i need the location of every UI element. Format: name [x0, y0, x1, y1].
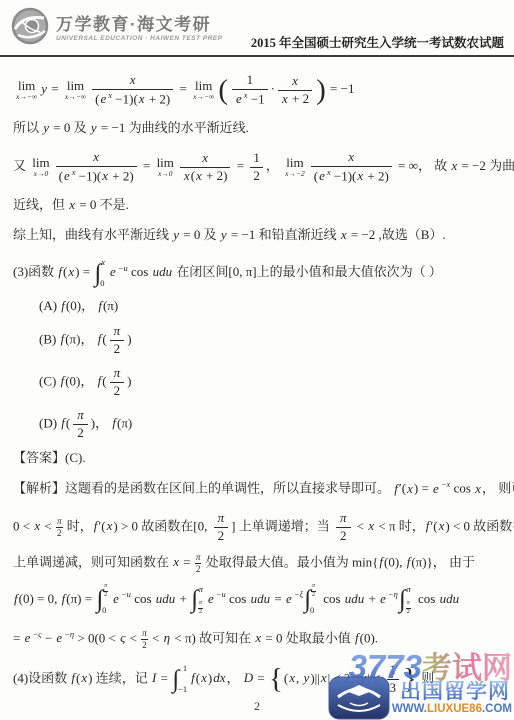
fraction: π2	[214, 511, 229, 544]
fraction: x(ex −1)(x + 2)	[92, 73, 173, 107]
fraction: π2	[73, 408, 88, 441]
text-token: (3)函数	[13, 264, 57, 279]
text-token: (π) =	[66, 591, 95, 606]
fraction-numerator: x	[92, 73, 173, 90]
fraction-numerator: 1	[250, 151, 263, 168]
fraction-denominator: 2	[214, 528, 229, 544]
text-token: ′(	[98, 518, 105, 533]
limit: limx→0	[157, 156, 174, 178]
variable-token: x	[172, 554, 180, 569]
text-token: = 0 及	[180, 227, 220, 242]
small-fraction: π2	[56, 517, 63, 538]
limit-subscript: x→−∞	[16, 93, 37, 101]
integral-upper: π	[198, 584, 204, 595]
variable-token: x	[288, 670, 296, 685]
fraction-numerator: x	[180, 151, 231, 168]
text-token: 近线，但	[13, 197, 68, 212]
page-number: 2	[0, 699, 514, 714]
fraction-denominator: (ex −1)(x + 2)	[56, 167, 137, 184]
text-token: ′(	[399, 481, 406, 496]
limit-word: lim	[32, 156, 49, 169]
fraction-numerator: π	[110, 366, 125, 383]
fraction-denominator: 2	[406, 609, 411, 616]
text-token: = 0 及	[50, 120, 90, 135]
text-token: (0)，	[66, 298, 97, 313]
limit-word: lim	[65, 79, 86, 92]
integral-bounds: ππ2	[197, 584, 204, 616]
text-token: )||	[310, 670, 320, 685]
fraction-numerator: 1	[232, 73, 268, 90]
limit: limx→−∞	[193, 79, 214, 101]
variable-token: x	[254, 630, 262, 645]
variable-token: x	[474, 481, 482, 496]
superscript: −ξ	[294, 589, 303, 599]
fraction: π2	[110, 366, 125, 399]
fraction: x(ex −1)(x + 2)	[311, 150, 392, 184]
fraction-denominator: ex −1	[232, 90, 268, 107]
variable-token: x	[320, 670, 328, 685]
text-token: 0	[100, 278, 104, 288]
fraction: 1ex −1	[232, 73, 268, 107]
superscript: −u	[121, 589, 131, 599]
variable-token: x	[281, 91, 289, 106]
math-line: limx→−∞y = limx→−∞x(ex −1)(x + 2) = limx…	[13, 73, 501, 107]
text-token: | ≤ 2, |	[328, 670, 360, 685]
content-line: 近线，但 x = 0 不是.	[13, 197, 501, 214]
fraction: π2	[336, 511, 351, 544]
text-token: | ≤	[367, 670, 383, 685]
fraction-denominator: (ex −1)(x + 2)	[311, 167, 392, 184]
text-token: = 0 处取最小值	[262, 630, 354, 645]
fraction-denominator: x + 2	[278, 91, 312, 107]
variable-token: π	[217, 510, 226, 525]
text-token: 1	[183, 663, 187, 673]
text-token: 时，	[64, 518, 93, 533]
integral-bounds: x0	[100, 257, 106, 289]
variable-token: x	[291, 73, 299, 88]
text-token: 3	[390, 680, 397, 695]
math-line: 又 limx→0x(ex −1)(x + 2) = limx→0xx(x + 2…	[13, 150, 501, 184]
limit: limx→−2	[285, 156, 305, 178]
variable-token: x	[183, 168, 191, 183]
superscript: −η	[388, 589, 398, 599]
text-token: 2	[218, 528, 225, 543]
text-token: 在闭区间[0, π]上的最小值和最大值依次为（ ）	[173, 264, 442, 279]
variable-token: x	[356, 168, 364, 183]
variable-token: e	[55, 630, 63, 645]
doc-title: 2015 年全国硕士研究生入学统一考试数农试题	[251, 33, 504, 51]
text-token: 又	[13, 158, 29, 173]
fraction-numerator: π	[198, 601, 203, 609]
variable-token: x	[201, 150, 209, 165]
text-token: ， 则可知当	[482, 481, 514, 496]
brand-subtitle: UNIVERSAL EDUCATION · HAIWEN TEST PREP	[56, 35, 222, 42]
text-token: 【解析】这题看的是函数在区间上的单调性，所以直接求导即可。	[13, 481, 393, 496]
text-token: + 2)	[364, 168, 389, 183]
text-token: = −1	[327, 81, 355, 96]
text-token: 2	[77, 425, 84, 440]
text-token: ) < 0 故函数在[	[445, 518, 514, 533]
text-token: (0).	[360, 630, 378, 645]
text-token: =	[254, 670, 268, 685]
integral-lower: 0	[102, 605, 106, 616]
limit-word: lim	[16, 79, 37, 92]
text-token: 1	[253, 150, 260, 165]
integral-lower: 0	[100, 278, 104, 289]
text-token: (π)	[117, 415, 132, 430]
page-header: 万学教育·海文考研 UNIVERSAL EDUCATION · HAIWEN T…	[0, 0, 514, 57]
fraction-denominator: 3	[387, 680, 400, 696]
text-token: ，	[226, 670, 242, 685]
fraction-denominator: 2	[110, 383, 125, 399]
text-token: = −2 为曲线的铅直渐	[458, 158, 514, 173]
text-token: =	[13, 630, 24, 645]
integral-upper: π	[405, 584, 411, 595]
variable-token: η	[163, 630, 171, 645]
text-token: =	[140, 158, 154, 173]
text-token: <	[149, 630, 163, 645]
integral-upper: 1	[183, 663, 187, 674]
variable-token: x	[138, 91, 146, 106]
variable-token: x	[129, 72, 137, 87]
small-fraction: π2	[198, 601, 203, 616]
limit: limx→−∞	[16, 79, 37, 101]
text-token: +	[176, 591, 190, 606]
variable-token: x	[92, 149, 100, 164]
text-token: 处取得最大值。最小值为 min{	[202, 554, 378, 569]
content-line: 0 < x < π2 时，f′(x) > 0 故函数在[0, π2] 上单调递增…	[13, 511, 501, 544]
text-token: (π)}， 由于	[411, 554, 475, 569]
integral-upper: π2	[310, 584, 317, 599]
text-token: + 2)	[109, 168, 134, 183]
variable-token: π	[405, 584, 411, 594]
variable-token: udu	[439, 591, 461, 606]
text-token: ,	[296, 670, 303, 685]
small-fraction: π2	[141, 629, 148, 650]
text-token: =	[271, 591, 285, 606]
variable-token: D	[243, 670, 254, 685]
fraction-denominator: 2	[103, 592, 108, 599]
text-token: (0),	[384, 554, 406, 569]
integral: ∫π20	[304, 584, 319, 616]
text-token: cos	[128, 264, 152, 279]
text-token: (4)设函数	[13, 670, 70, 685]
fraction-numerator: x	[311, 150, 392, 167]
text-token: −1)(	[76, 168, 102, 183]
fraction-numerator: π	[73, 408, 88, 425]
variable-token: x	[406, 481, 414, 496]
fraction-numerator: π	[406, 601, 411, 609]
content-line: (3)函数 f(x) = ∫x0e−u cos udu 在闭区间[0, π]上的…	[13, 257, 501, 289]
text-token: +	[365, 591, 379, 606]
fraction: xx + 2	[278, 74, 312, 107]
limit-subscript: x→−2	[285, 170, 305, 178]
fraction-denominator: 2	[336, 528, 351, 544]
text-token: 2	[253, 168, 260, 183]
limit-subscript: x→−∞	[193, 93, 214, 101]
variable-token: x	[80, 670, 88, 685]
text-token: 则	[418, 670, 434, 685]
text-token: (	[102, 373, 106, 388]
fraction-numerator: 1	[387, 663, 400, 680]
limit-subscript: x→−∞	[65, 93, 86, 101]
text-token: cos	[226, 591, 250, 606]
fraction-numerator: x	[278, 74, 312, 91]
content-line: 综上知，曲线有水平渐近线 y = 0 及 y = −1 和铅直渐近线 x = −…	[13, 227, 501, 244]
brand-text: 万学教育·海文考研 UNIVERSAL EDUCATION · HAIWEN T…	[56, 16, 222, 42]
fraction-numerator: π	[214, 511, 229, 528]
fraction: xx(x + 2)	[180, 151, 231, 184]
variable-token: x	[33, 518, 41, 533]
fraction-denominator: 2	[311, 592, 316, 599]
integral-lower: π2	[405, 601, 412, 616]
fraction-denominator: 2	[141, 640, 148, 650]
text-token: <	[41, 518, 55, 533]
limit-word: lim	[285, 156, 305, 169]
big-delimiter: )	[315, 74, 327, 106]
haiwen-logo-icon	[10, 6, 50, 51]
text-token: cos	[320, 591, 344, 606]
variable-token: e	[99, 91, 107, 106]
text-token: = −1 和铅直渐近线	[228, 227, 340, 242]
variable-token: e	[285, 591, 293, 606]
text-token: 2	[114, 383, 121, 398]
text-token: < π) 故可知在	[171, 630, 254, 645]
variable-token: π	[113, 323, 122, 338]
fraction: π2	[110, 324, 125, 357]
exam-page: 万学教育·海文考研 UNIVERSAL EDUCATION · HAIWEN T…	[0, 0, 514, 720]
text-token: 1	[247, 72, 254, 87]
variable-token: e	[112, 591, 120, 606]
text-token: (	[102, 331, 106, 346]
text-token: 2	[114, 341, 121, 356]
brand: 万学教育·海文考研 UNIVERSAL EDUCATION · HAIWEN T…	[10, 6, 222, 51]
text-token: cos	[131, 591, 155, 606]
variable-token: x	[68, 197, 76, 212]
fraction-denominator: 2	[56, 528, 63, 538]
text-token: (0)，	[65, 373, 96, 388]
variable-token: y	[40, 81, 48, 96]
text-token: + 2	[289, 91, 309, 106]
variable-token: y	[220, 227, 228, 242]
fraction-numerator: x	[56, 150, 137, 167]
variable-token: π	[76, 407, 85, 422]
limit-word: lim	[157, 156, 174, 169]
content-line: 【答案】(C).	[13, 450, 501, 467]
integral: ∫1−1	[172, 663, 189, 695]
text-token: 综上知，曲线有水平渐近线	[13, 227, 172, 242]
big-delimiter: }	[402, 663, 418, 695]
text-token: ] 上单调递增；当	[231, 518, 333, 533]
fraction-denominator: x(x + 2)	[180, 168, 231, 184]
fraction: x(ex −1)(x + 2)	[56, 150, 137, 184]
text-token: 0	[102, 605, 106, 615]
text-token: 1	[390, 662, 397, 677]
text-token: ′(	[430, 518, 437, 533]
integral: ∫π20	[96, 584, 111, 616]
variable-token: x	[347, 149, 355, 164]
text-token: (C)	[39, 373, 60, 388]
superscript: −x	[441, 479, 451, 489]
text-token: + 2)	[146, 91, 171, 106]
superscript: −ς	[32, 629, 41, 639]
text-token: cos	[415, 591, 439, 606]
variable-token: π	[339, 510, 348, 525]
text-token: (π)，	[65, 331, 96, 346]
text-token: 0	[310, 605, 314, 615]
variable-token: udu	[155, 591, 177, 606]
limit-subscript: x→0	[157, 170, 174, 178]
text-token: cos	[450, 481, 474, 496]
text-token: )	[127, 373, 131, 388]
text-token: )，	[91, 415, 112, 430]
text-token: = −1 为曲线的水平渐近线.	[98, 120, 249, 135]
text-token: (π)	[103, 298, 118, 313]
content-line: (A) f(0)， f(π)	[39, 298, 501, 315]
variable-token: x	[367, 518, 375, 533]
big-delimiter: {	[268, 663, 284, 695]
text-token: =	[48, 81, 62, 96]
variable-token: π	[198, 584, 204, 594]
text-token: =	[176, 81, 190, 96]
variable-token: udu	[152, 264, 174, 279]
content-line: (D) f(π2)， f(π)	[39, 408, 501, 441]
variable-token: y	[42, 120, 50, 135]
fraction-denominator: 2	[198, 609, 203, 616]
text-token: ) 连续，记	[88, 670, 151, 685]
integral-bounds: π20	[102, 584, 109, 616]
variable-token: e	[207, 591, 215, 606]
text-token: <	[126, 630, 140, 645]
integral-lower: π2	[197, 601, 204, 616]
integral: ∫ππ2	[399, 584, 414, 616]
superscript: −u	[118, 263, 128, 273]
fraction-denominator: 2	[250, 168, 263, 184]
fraction: 12	[250, 151, 263, 184]
fraction-numerator: π	[103, 584, 108, 592]
document-body: limx→−∞y = limx→−∞x(ex −1)(x + 2) = limx…	[0, 57, 514, 696]
text-token: (	[66, 415, 70, 430]
content-line: 【解析】这题看的是函数在区间上的单调性，所以直接求导即可。 f′(x) = e−…	[13, 479, 501, 497]
variable-token: e	[63, 168, 71, 183]
fraction: 13	[387, 663, 400, 696]
fraction-numerator: π	[110, 324, 125, 341]
integral-upper: x	[100, 257, 106, 268]
text-token: = 0 不是.	[76, 197, 129, 212]
variable-token: e	[109, 264, 117, 279]
content-line: (4)设函数 f(x) 连续，记 I = ∫1−1f(x)dx， D = {(x…	[13, 663, 501, 696]
fraction-denominator: 2	[110, 341, 125, 357]
variable-token: y	[172, 227, 180, 242]
superscript: −u	[216, 589, 226, 599]
text-token: (D)	[39, 415, 60, 430]
text-token: < π 时，	[375, 518, 425, 533]
variable-token: y	[90, 120, 98, 135]
text-token: ) =	[414, 481, 432, 496]
text-token: =	[180, 554, 194, 569]
fraction-numerator: π	[311, 584, 316, 592]
integral-bounds: ππ2	[405, 584, 412, 616]
big-delimiter: (	[217, 74, 229, 106]
math-line: f(0) = 0, f(π) = ∫π20e−u cos udu + ∫ππ2e…	[13, 584, 501, 616]
variable-token: e	[318, 168, 326, 183]
content-line: 所以 y = 0 及 y = −1 为曲线的水平渐近线.	[13, 120, 501, 137]
text-token: −	[42, 630, 56, 645]
text-token: <	[354, 518, 368, 533]
variable-token: x	[100, 257, 106, 267]
text-token: )	[127, 331, 131, 346]
superscript: −η	[64, 629, 74, 639]
variable-token: e	[24, 630, 32, 645]
fraction-numerator: π	[336, 511, 351, 528]
text-token: ) > 0 故函数在[0,	[113, 518, 210, 533]
text-token: −1)(	[331, 168, 357, 183]
text-token: =	[157, 670, 171, 685]
content-line: (B) f(π)， f(π2)	[39, 324, 501, 357]
small-fraction: π2	[311, 584, 316, 599]
limit: limx→−∞	[65, 79, 86, 101]
variable-token: udu	[344, 591, 366, 606]
fraction-denominator: 2	[195, 564, 202, 574]
variable-token: x	[195, 168, 203, 183]
text-token: −1	[248, 91, 265, 106]
text-token: = ∞， 故	[395, 158, 451, 173]
text-token: = −2 ,故选（B）.	[348, 227, 446, 242]
small-fraction: π2	[406, 601, 411, 616]
text-token: ·	[271, 81, 275, 96]
variable-token: x	[101, 168, 109, 183]
brand-title: 万学教育·海文考研	[56, 16, 222, 33]
variable-token: udu	[250, 591, 272, 606]
limit: limx→0	[32, 156, 49, 178]
text-token: ) =	[75, 264, 93, 279]
variable-token: x	[340, 227, 348, 242]
text-token: 0 <	[13, 518, 33, 533]
text-token: (0) = 0,	[19, 591, 61, 606]
fraction-denominator: (ex −1)(x + 2)	[92, 90, 173, 107]
text-token: (B)	[39, 331, 60, 346]
text-token: 【答案】(C).	[13, 450, 86, 465]
fraction-numerator: π	[56, 517, 63, 528]
fraction-numerator: π	[195, 553, 202, 564]
integral-lower: −1	[178, 684, 187, 695]
text-token: ，	[266, 158, 282, 173]
variable-token: e	[235, 91, 243, 106]
variable-token: e	[379, 591, 387, 606]
text-token: 上单调递减，则可知函数在	[13, 554, 172, 569]
variable-token: x	[67, 264, 75, 279]
fraction-denominator: 2	[73, 425, 88, 441]
content-line: (C) f(0)， f(π2)	[39, 366, 501, 399]
integral-bounds: π20	[310, 584, 317, 616]
integral-bounds: 1−1	[178, 663, 187, 695]
text-token: 所以	[13, 120, 42, 135]
content-line: = e−ς − e−η > 0(0 < ς < π2 < η < π) 故可知在…	[13, 629, 501, 650]
fraction-numerator: π	[141, 629, 148, 640]
integral-lower: 0	[310, 605, 314, 616]
variable-token: π	[113, 365, 122, 380]
variable-token: dx	[212, 670, 226, 685]
limit-word: lim	[193, 79, 214, 92]
text-token: > 0(0 <	[74, 630, 119, 645]
content-line: 上单调递减，则可知函数在 x = π2 处取得最大值。最小值为 min{f(0)…	[13, 553, 501, 574]
text-token: =	[233, 158, 247, 173]
small-fraction: π2	[195, 553, 202, 574]
text-token: 2	[340, 528, 347, 543]
variable-token: e	[432, 481, 440, 496]
integral-upper: π2	[102, 584, 109, 599]
text-token: + 2)	[203, 168, 228, 183]
